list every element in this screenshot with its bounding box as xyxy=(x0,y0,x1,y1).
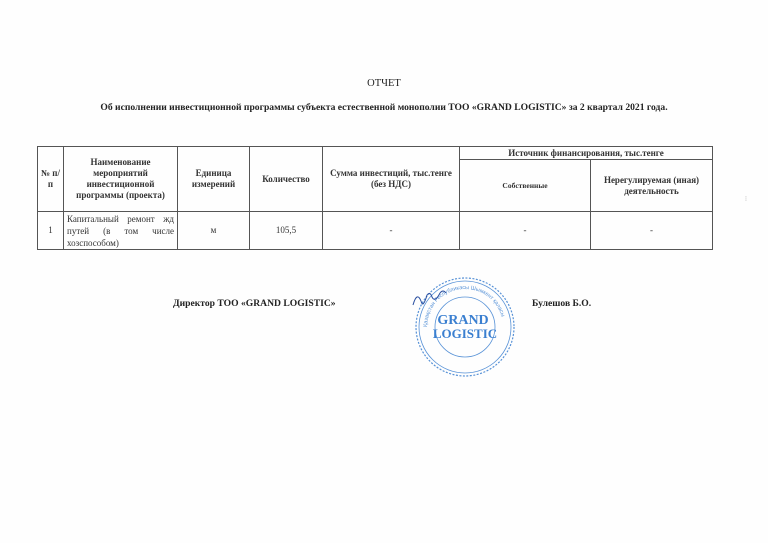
document-page: ОТЧЕТ Об исполнении инвестиционной прогр… xyxy=(0,0,768,543)
stamp-line2: LOGISTIC xyxy=(433,326,497,341)
cell-own: - xyxy=(460,212,591,250)
cell-num: 1 xyxy=(38,212,64,250)
header-unregulated: Нерегулируемая (иная) деятельность xyxy=(591,160,713,212)
signatory-name: Булешов Б.О. xyxy=(532,298,591,309)
company-stamp-icon: Қазақстан Республикасы Шымкент қаласы GR… xyxy=(405,275,525,380)
margin-mark-icon: ⁞ xyxy=(745,195,747,203)
table-row: 1 Капитальный ремонт жд путей (в том чис… xyxy=(38,212,713,250)
header-source-group: Источник финансирования, тыс.тенге xyxy=(460,147,713,160)
cell-name: Капитальный ремонт жд путей (в том числе… xyxy=(64,212,178,250)
cell-quantity: 105,5 xyxy=(250,212,323,250)
investment-report-table: № п/п Наименование мероприятий инвестици… xyxy=(37,146,713,250)
document-title: ОТЧЕТ xyxy=(0,78,768,89)
header-name: Наименование мероприятий инвестиционной … xyxy=(64,147,178,212)
header-quantity: Количество xyxy=(250,147,323,212)
cell-unit: м xyxy=(178,212,250,250)
header-unit: Единица измерений xyxy=(178,147,250,212)
signatory-position: Директор ТОО «GRAND LOGISTIC» xyxy=(173,298,336,309)
document-subtitle: Об исполнении инвестиционной программы с… xyxy=(0,102,768,113)
header-own: Собственные xyxy=(460,160,591,212)
header-sum: Сумма инвестиций, тыс.тенге (без НДС) xyxy=(323,147,460,212)
header-num: № п/п xyxy=(38,147,64,212)
cell-unregulated: - xyxy=(591,212,713,250)
cell-sum: - xyxy=(323,212,460,250)
